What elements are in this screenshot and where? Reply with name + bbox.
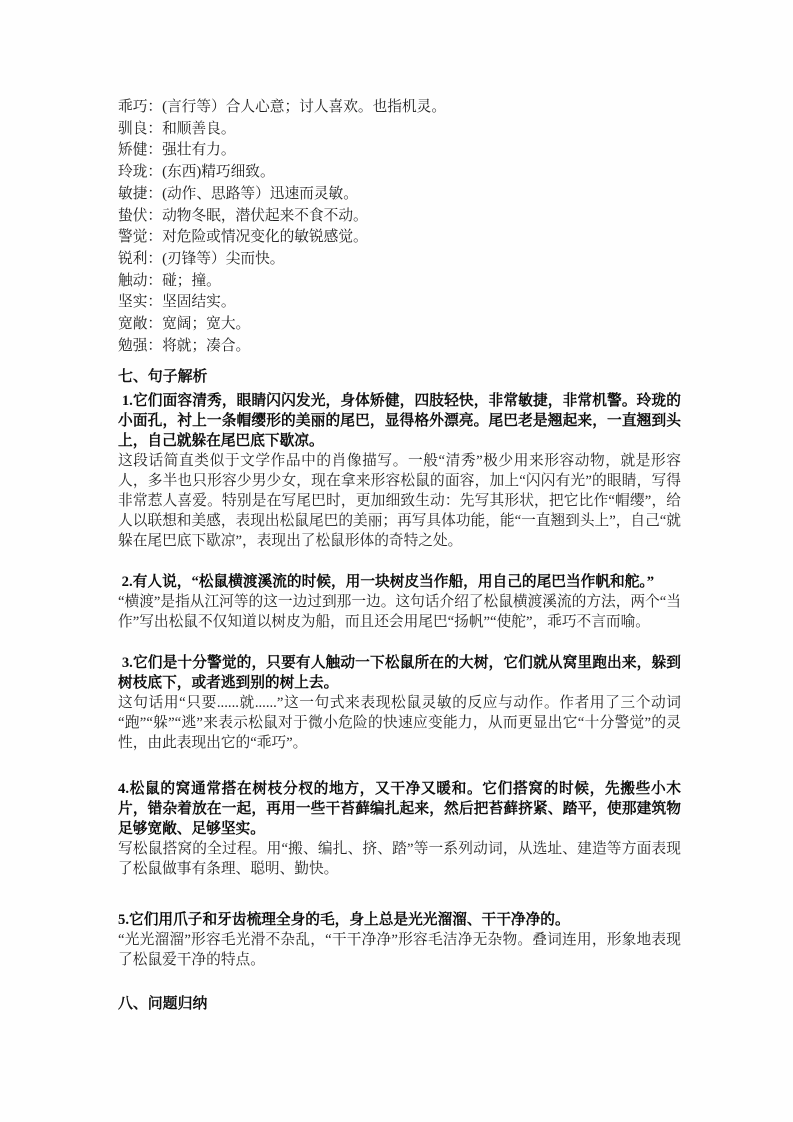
quoted-sentence-2: 2.有人说，“松鼠横渡溪流的时候，用一块树皮当作船，用自己的尾巴当作帆和舵。” (118, 572, 681, 592)
vocab-entry-xunliang: 驯良：和顺善良。 (118, 119, 681, 141)
analysis-block-4: 4.松鼠的窝通常搭在树枝分杈的地方，又干净又暖和。它们搭窝的时候，先搬些小木片，… (118, 779, 681, 879)
vocab-entry-linglong: 玲珑：(东西)精巧细致。 (118, 162, 681, 184)
quoted-sentence-5: 5.它们用爪子和牙齿梳理全身的毛，身上总是光光溜溜、干干净净的。 (118, 910, 681, 930)
quoted-sentence-4: 4.松鼠的窝通常搭在树枝分杈的地方，又干净又暖和。它们搭窝的时候，先搬些小木片，… (118, 779, 681, 839)
section-title-sentence-analysis: 七、句子解析 (118, 367, 681, 387)
vocab-entry-ruili: 锐利：(刃锋等）尖而快。 (118, 249, 681, 271)
vocab-entry-zhefu: 蛰伏：动物冬眠，潜伏起来不食不动。 (118, 206, 681, 228)
vocab-entry-chudong: 触动：碰；撞。 (118, 271, 681, 293)
quoted-sentence-1: 1.它们面容清秀，眼睛闪闪发光，身体矫健，四肢轻快，非常敏捷，非常机警。玲珑的小… (118, 391, 681, 451)
analysis-block-1: 1.它们面容清秀，眼睛闪闪发光，身体矫健，四肢轻快，非常敏捷，非常机警。玲珑的小… (118, 391, 681, 552)
section-title-question-summary: 八、问题归纳 (118, 994, 681, 1014)
sentence-analysis-4: 写松鼠搭窝的全过程。用“搬、编扎、挤、踏”等一系列动词，从选址、建造等方面表现了… (118, 839, 681, 879)
quoted-sentence-3: 3.它们是十分警觉的，只要有人触动一下松鼠所在的大树，它们就从窝里跑出来，躲到树… (118, 653, 681, 693)
vocabulary-list: 乖巧：(言行等）合人心意；讨人喜欢。也指机灵。 驯良：和顺善良。 矫健：强壮有力… (118, 97, 681, 357)
vocab-entry-minjie: 敏捷：(动作、思路等）迅速而灵敏。 (118, 184, 681, 206)
analysis-block-5: 5.它们用爪子和牙齿梳理全身的毛，身上总是光光溜溜、干干净净的。 “光光溜溜”形… (118, 910, 681, 970)
analysis-block-2: 2.有人说，“松鼠横渡溪流的时候，用一块树皮当作船，用自己的尾巴当作帆和舵。” … (118, 572, 681, 632)
vocab-entry-jianshi: 坚实：坚固结实。 (118, 292, 681, 314)
sentence-analysis-3: 这句话用“只要......就......”这一句式来表现松鼠灵敏的反应与动作。作… (118, 693, 681, 753)
vocab-entry-kuanchang: 宽敞：宽阔；宽大。 (118, 314, 681, 336)
document-page: 乖巧：(言行等）合人心意；讨人喜欢。也指机灵。 驯良：和顺善良。 矫健：强壮有力… (0, 0, 793, 1122)
vocab-entry-guaiqiao: 乖巧：(言行等）合人心意；讨人喜欢。也指机灵。 (118, 97, 681, 119)
vocab-entry-jingjue: 警觉：对危险或情况变化的敏锐感觉。 (118, 227, 681, 249)
sentence-analysis-5: “光光溜溜”形容毛光滑不杂乱，“干干净净”形容毛洁净无杂物。叠词连用，形象地表现… (118, 930, 681, 970)
vocab-entry-jiaojian: 矫健：强壮有力。 (118, 140, 681, 162)
sentence-analysis-1: 这段话简直类似于文学作品中的肖像描写。一般“清秀”极少用来形容动物，就是形容人，… (118, 451, 681, 551)
analysis-block-3: 3.它们是十分警觉的，只要有人触动一下松鼠所在的大树，它们就从窝里跑出来，躲到树… (118, 653, 681, 753)
sentence-analysis-2: “横渡”是指从江河等的这一边过到那一边。这句话介绍了松鼠横渡溪流的方法，两个“当… (118, 592, 681, 632)
vocab-entry-mianqiang: 勉强：将就；凑合。 (118, 336, 681, 358)
